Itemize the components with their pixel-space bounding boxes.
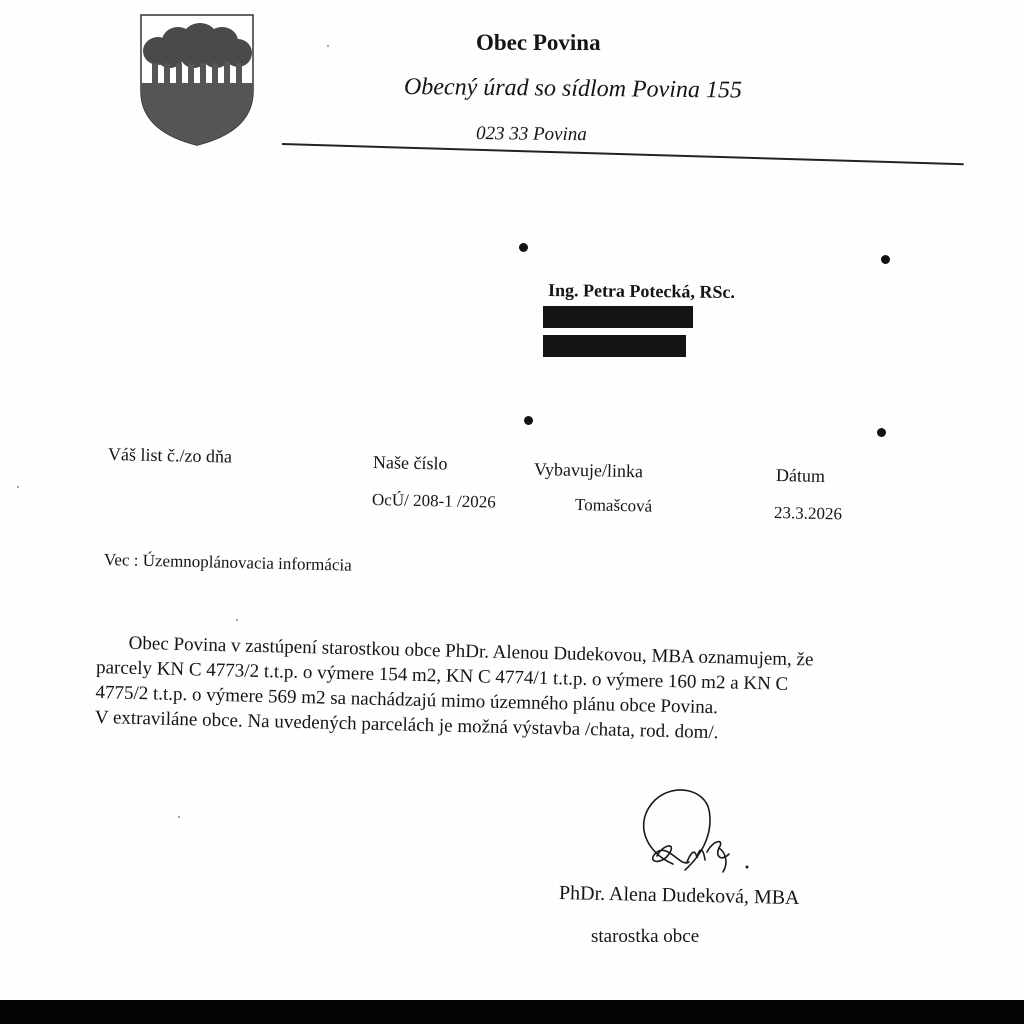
address-window-mark [881, 255, 890, 264]
our-number-label: Naše číslo [373, 452, 448, 475]
address-window-mark [524, 416, 533, 425]
header-divider [282, 143, 964, 165]
redacted-address-line-2 [543, 335, 686, 357]
handled-by-value: Tomašcová [575, 495, 653, 517]
address-window-mark [877, 428, 886, 437]
letter-page: Obec Povina Obecný úrad so sídlom Povina… [0, 0, 1024, 1000]
handled-by-label: Vybavuje/linka [534, 459, 643, 482]
redacted-address-line-1 [543, 306, 693, 328]
recipient-name: Ing. Petra Potecká, RSc. [548, 280, 735, 303]
scan-speck [178, 816, 180, 818]
scan-border [0, 1000, 1024, 1024]
address-window-mark [519, 243, 528, 252]
signatory-name: PhDr. Alena Dudeková, MBA [559, 882, 800, 910]
letter-body: Obec Povina v zastúpení starostkou obce … [95, 630, 957, 751]
subject-line: Vec : Územnoplánovacia informácia [104, 550, 352, 576]
office-address: Obecný úrad so sídlom Povina 155 [404, 74, 742, 105]
our-number-value: OcÚ/ 208-1 /2026 [372, 490, 496, 513]
scan-speck [17, 486, 19, 488]
your-letter-label: Váš list č./zo dňa [108, 444, 232, 468]
date-value: 23.3.2026 [774, 503, 842, 524]
municipality-name: Obec Povina [476, 30, 601, 56]
date-label: Dátum [776, 465, 825, 487]
signatory-role: starostka obce [591, 926, 699, 948]
handwritten-signature-icon [625, 782, 765, 882]
scan-speck [327, 45, 329, 47]
coat-of-arms-trees-icon [138, 13, 256, 147]
scan-speck [236, 619, 238, 621]
postal-code: 023 33 Povina [476, 123, 587, 146]
